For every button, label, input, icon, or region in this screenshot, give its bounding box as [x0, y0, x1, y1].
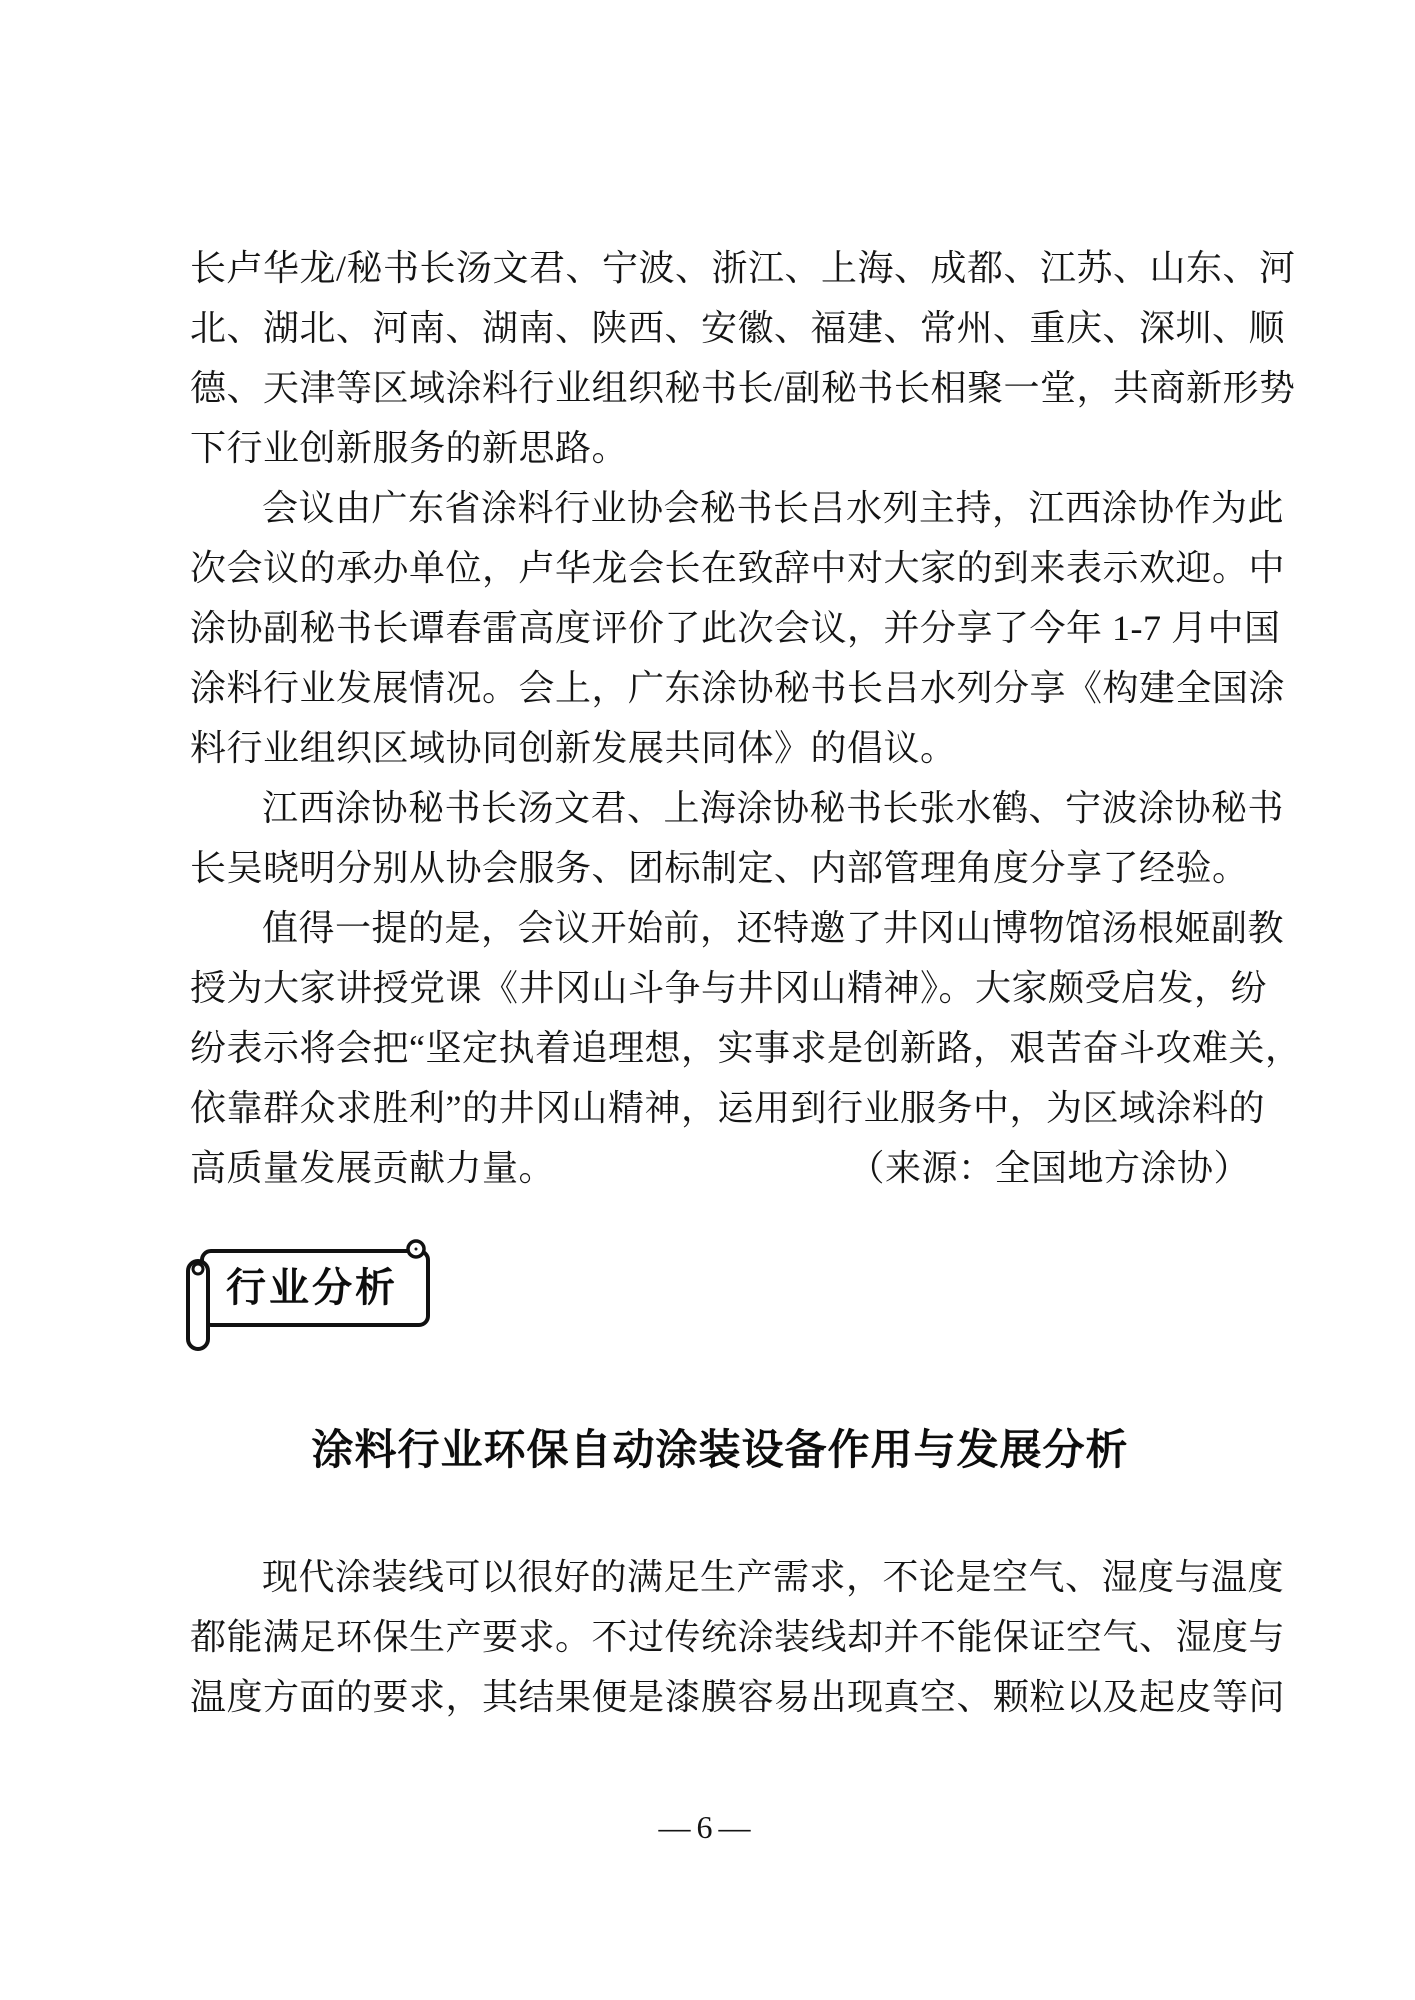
section-line: 温度方面的要求，其结果便是漆膜容易出现真空、颗粒以及起皮等问	[190, 1667, 1250, 1727]
article-last-line: 高质量发展贡献力量。 （来源：全国地方涂协）	[190, 1138, 1250, 1198]
article-line: 北、湖北、河南、湖南、陕西、安徽、福建、常州、重庆、深圳、顺	[190, 298, 1250, 358]
source-note: （来源：全国地方涂协）	[848, 1138, 1250, 1198]
article-line: 德、天津等区域涂料行业组织秘书长/副秘书长相聚一堂，共商新形势	[190, 358, 1250, 418]
section-line: 都能满足环保生产要求。不过传统涂装线却并不能保证空气、湿度与	[190, 1607, 1250, 1667]
article-line: 料行业组织区域协同创新发展共同体》的倡议。	[190, 718, 1250, 778]
article-line: 涂料行业发展情况。会上，广东涂协秘书长吕水列分享《构建全国涂	[190, 658, 1250, 718]
article-line: 次会议的承办单位，卢华龙会长在致辞中对大家的到来表示欢迎。中	[190, 538, 1250, 598]
section-title: 涂料行业环保自动涂装设备作用与发展分析	[190, 1420, 1250, 1480]
article-line: 纷表示将会把“坚定执着追理想，实事求是创新路，艰苦奋斗攻难关，	[190, 1018, 1250, 1078]
article-line: 长吴晓明分别从协会服务、团标制定、内部管理角度分享了经验。	[190, 838, 1250, 898]
article-line: 会议由广东省涂料行业协会秘书长吕水列主持，江西涂协作为此	[190, 478, 1250, 538]
section-line: 现代涂装线可以很好的满足生产需求，不论是空气、湿度与温度	[190, 1547, 1250, 1607]
document-page: 长卢华龙/秘书长汤文君、宁波、浙江、上海、成都、江苏、山东、河 北、湖北、河南、…	[0, 0, 1415, 2000]
article-line: 值得一提的是，会议开始前，还特邀了井冈山博物馆汤根姬副教	[190, 898, 1250, 958]
article-line: 授为大家讲授党课《井冈山斗争与井冈山精神》。大家颇受启发，纷	[190, 958, 1250, 1018]
article-line: 依靠群众求胜利”的井冈山精神，运用到行业服务中，为区域涂料的	[190, 1078, 1250, 1138]
article-line: 高质量发展贡献力量。	[190, 1138, 555, 1198]
banner-label: 行业分析	[226, 1262, 398, 1314]
article-body: 长卢华龙/秘书长汤文君、宁波、浙江、上海、成都、江苏、山东、河 北、湖北、河南、…	[190, 238, 1250, 1198]
article-line: 下行业创新服务的新思路。	[190, 418, 1250, 478]
article-line: 长卢华龙/秘书长汤文君、宁波、浙江、上海、成都、江苏、山东、河	[190, 238, 1250, 298]
section-body: 现代涂装线可以很好的满足生产需求，不论是空气、湿度与温度 都能满足环保生产要求。…	[190, 1547, 1250, 1727]
article-line: 涂协副秘书长谭春雷高度评价了此次会议，并分享了今年 1-7 月中国	[190, 598, 1250, 658]
page-number: —6—	[0, 1805, 1415, 1849]
article-line: 江西涂协秘书长汤文君、上海涂协秘书长张水鹤、宁波涂协秘书	[190, 778, 1250, 838]
